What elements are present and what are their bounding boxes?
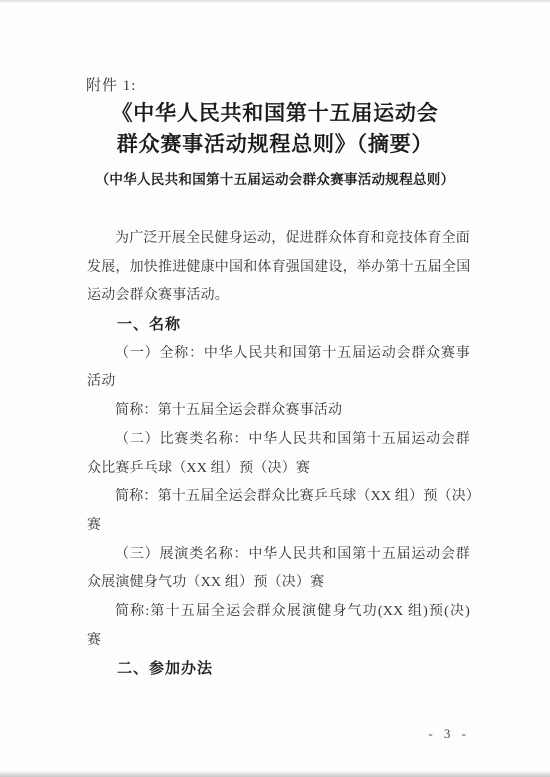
body-line: （二）比赛类名称：中华人民共和国第十五届运动会群 — [87, 426, 470, 455]
section-heading-names: 一、名称 — [87, 311, 470, 340]
body-line: 简称:第十五届全运会群众展演健身气功(XX 组)预(决) — [87, 598, 470, 627]
body-line: （一）全称：中华人民共和国第十五届运动会群众赛事 — [87, 340, 470, 369]
body-line: 简称：第十五届全运会群众比赛乒乓球（XX 组）预（决） — [87, 483, 470, 512]
document-title-line2: 群众赛事活动规程总则》（摘要） — [40, 129, 510, 160]
body-line: 赛 — [87, 627, 470, 656]
scan-edge-bottom — [0, 771, 550, 777]
body-line: 运动会群众赛事活动。 — [87, 282, 470, 311]
document-title: 《中华人民共和国第十五届运动会 群众赛事活动规程总则》（摘要） — [40, 98, 510, 159]
document-title-line1: 《中华人民共和国第十五届运动会 — [40, 98, 510, 129]
body-line: （三）展演类名称：中华人民共和国第十五届运动会群 — [87, 541, 470, 570]
document-subtitle: （中华人民共和国第十五届运动会群众赛事活动规程总则） — [40, 168, 510, 188]
body-line: 发展，加快推进健康中国和体育强国建设，举办第十五届全国 — [87, 254, 470, 283]
body-line: 众展演健身气功（XX 组）预（决）赛 — [87, 569, 470, 598]
document-page: 附件 1: 《中华人民共和国第十五届运动会 群众赛事活动规程总则》（摘要） （中… — [0, 0, 550, 777]
section-heading-participation: 二、参加办法 — [87, 655, 470, 684]
body-line: 众比赛乒乓球（XX 组）预（决）赛 — [87, 455, 470, 484]
page-number: - 3 - — [428, 726, 470, 742]
attachment-label: 附件 1: — [86, 74, 136, 95]
body-line: 为广泛开展全民健身运动，促进群众体育和竞技体育全面 — [87, 225, 470, 254]
body-line: 简称：第十五届全运会群众赛事活动 — [87, 397, 470, 426]
body-line: 活动 — [87, 368, 470, 397]
document-body: 为广泛开展全民健身运动，促进群众体育和竞技体育全面 发展，加快推进健康中国和体育… — [87, 225, 470, 684]
body-line: 赛 — [87, 512, 470, 541]
scan-edge-top — [0, 0, 550, 3]
